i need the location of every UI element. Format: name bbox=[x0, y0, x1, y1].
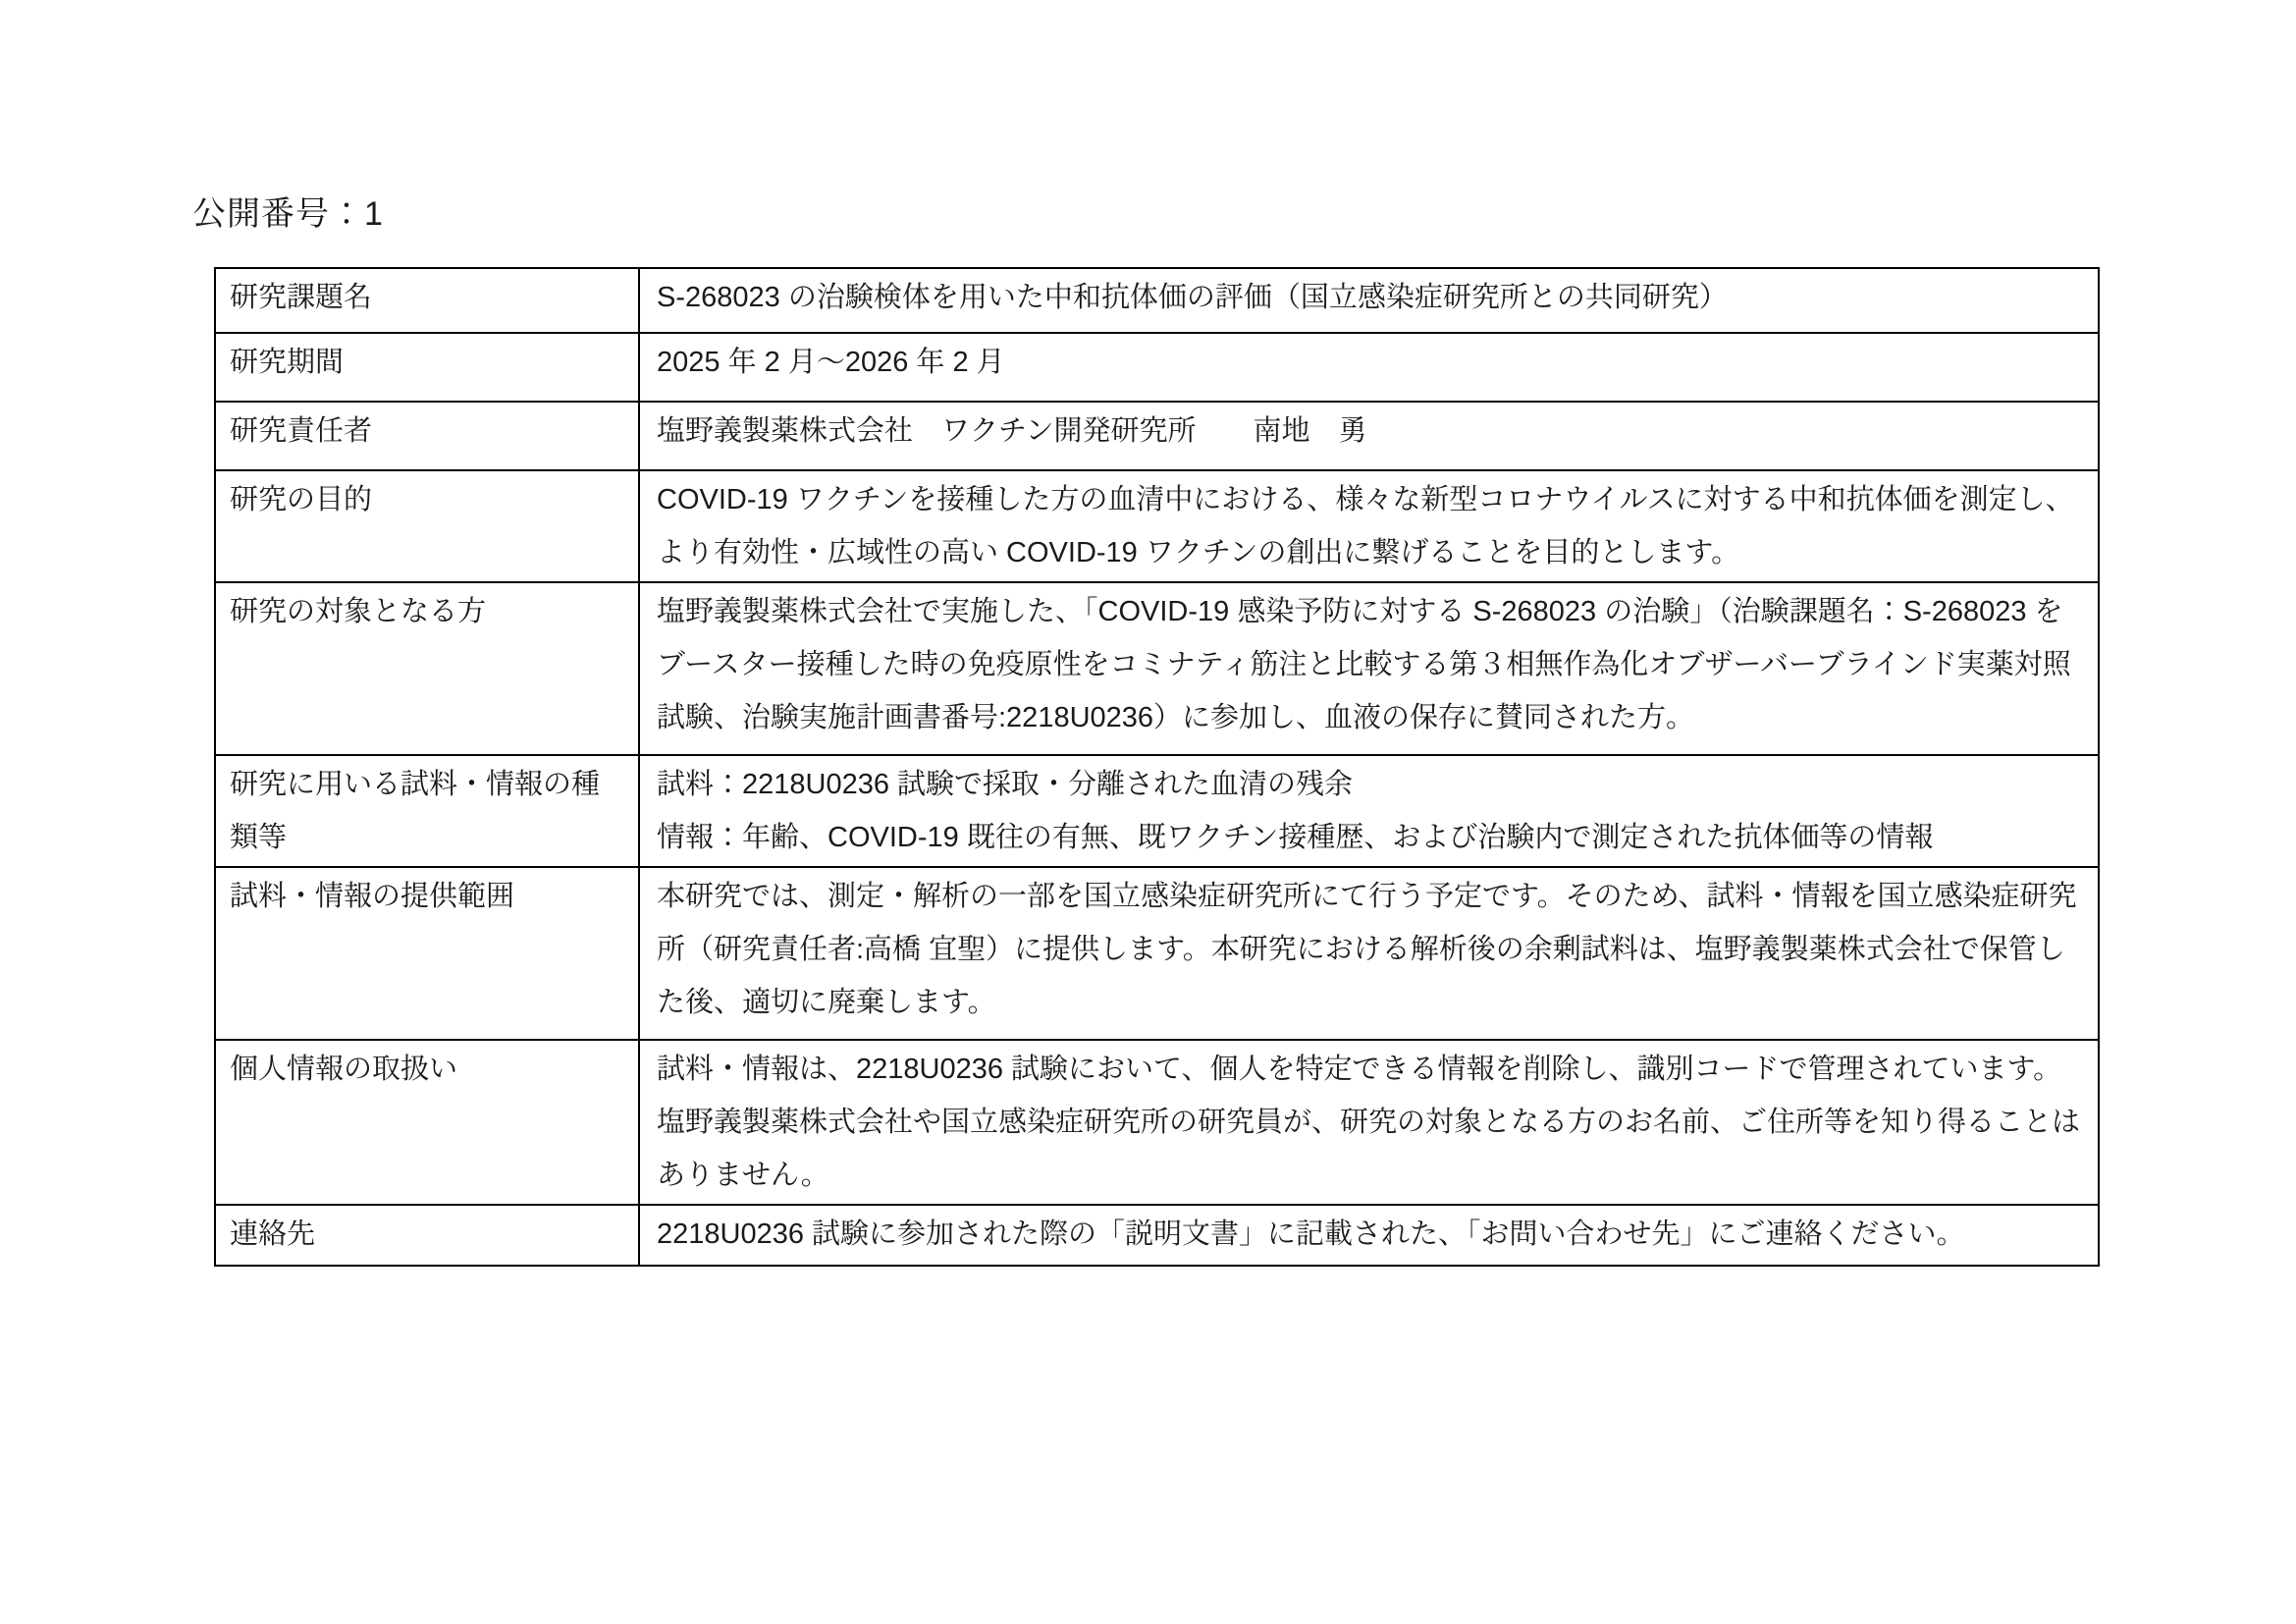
row-label: 個人情報の取扱い bbox=[215, 1040, 639, 1205]
row-value: 2025 年 2 月～2026 年 2 月 bbox=[639, 333, 2099, 402]
table-row-study-subjects: 研究の対象となる方 塩野義製薬株式会社で実施した、「COVID-19 感染予防に… bbox=[215, 582, 2099, 755]
table-row-personal-information: 個人情報の取扱い 試料・情報は、2218U0236 試験において、個人を特定でき… bbox=[215, 1040, 2099, 1205]
table-row-samples-information: 研究に用いる試料・情報の種類等 試料：2218U0236 試験で採取・分離された… bbox=[215, 755, 2099, 867]
row-value: 塩野義製薬株式会社 ワクチン開発研究所 南地 勇 bbox=[639, 402, 2099, 470]
row-label: 連絡先 bbox=[215, 1205, 639, 1266]
row-label: 研究期間 bbox=[215, 333, 639, 402]
row-label: 研究の目的 bbox=[215, 470, 639, 582]
table-row-study-title: 研究課題名 S-268023 の治験検体を用いた中和抗体価の評価（国立感染症研究… bbox=[215, 268, 2099, 333]
study-info-table-body: 研究課題名 S-268023 の治験検体を用いた中和抗体価の評価（国立感染症研究… bbox=[215, 268, 2099, 1266]
table-row-contact: 連絡先 2218U0236 試験に参加された際の「説明文書」に記載された、「お問… bbox=[215, 1205, 2099, 1266]
row-label: 研究責任者 bbox=[215, 402, 639, 470]
row-value: 塩野義製薬株式会社で実施した、「COVID-19 感染予防に対する S-2680… bbox=[639, 582, 2099, 755]
row-value: 試料：2218U0236 試験で採取・分離された血清の残余 情報：年齢、COVI… bbox=[639, 755, 2099, 867]
row-value: S-268023 の治験検体を用いた中和抗体価の評価（国立感染症研究所との共同研… bbox=[639, 268, 2099, 333]
table-row-provision-scope: 試料・情報の提供範囲 本研究では、測定・解析の一部を国立感染症研究所にて行う予定… bbox=[215, 867, 2099, 1040]
row-value: COVID-19 ワクチンを接種した方の血清中における、様々な新型コロナウイルス… bbox=[639, 470, 2099, 582]
row-value: 試料・情報は、2218U0236 試験において、個人を特定できる情報を削除し、識… bbox=[639, 1040, 2099, 1205]
study-info-table: 研究課題名 S-268023 の治験検体を用いた中和抗体価の評価（国立感染症研究… bbox=[214, 267, 2100, 1267]
row-label: 研究に用いる試料・情報の種類等 bbox=[215, 755, 639, 867]
table-row-principal-investigator: 研究責任者 塩野義製薬株式会社 ワクチン開発研究所 南地 勇 bbox=[215, 402, 2099, 470]
table-row-study-purpose: 研究の目的 COVID-19 ワクチンを接種した方の血清中における、様々な新型コ… bbox=[215, 470, 2099, 582]
row-label: 研究課題名 bbox=[215, 268, 639, 333]
table-row-study-period: 研究期間 2025 年 2 月～2026 年 2 月 bbox=[215, 333, 2099, 402]
row-value: 本研究では、測定・解析の一部を国立感染症研究所にて行う予定です。そのため、試料・… bbox=[639, 867, 2099, 1040]
publication-number: 公開番号：1 bbox=[192, 187, 384, 235]
row-value: 2218U0236 試験に参加された際の「説明文書」に記載された、「お問い合わせ… bbox=[639, 1205, 2099, 1266]
document-page: { "header": { "publication_number": "公開番… bbox=[0, 0, 2296, 1624]
row-label: 試料・情報の提供範囲 bbox=[215, 867, 639, 1040]
row-label: 研究の対象となる方 bbox=[215, 582, 639, 755]
